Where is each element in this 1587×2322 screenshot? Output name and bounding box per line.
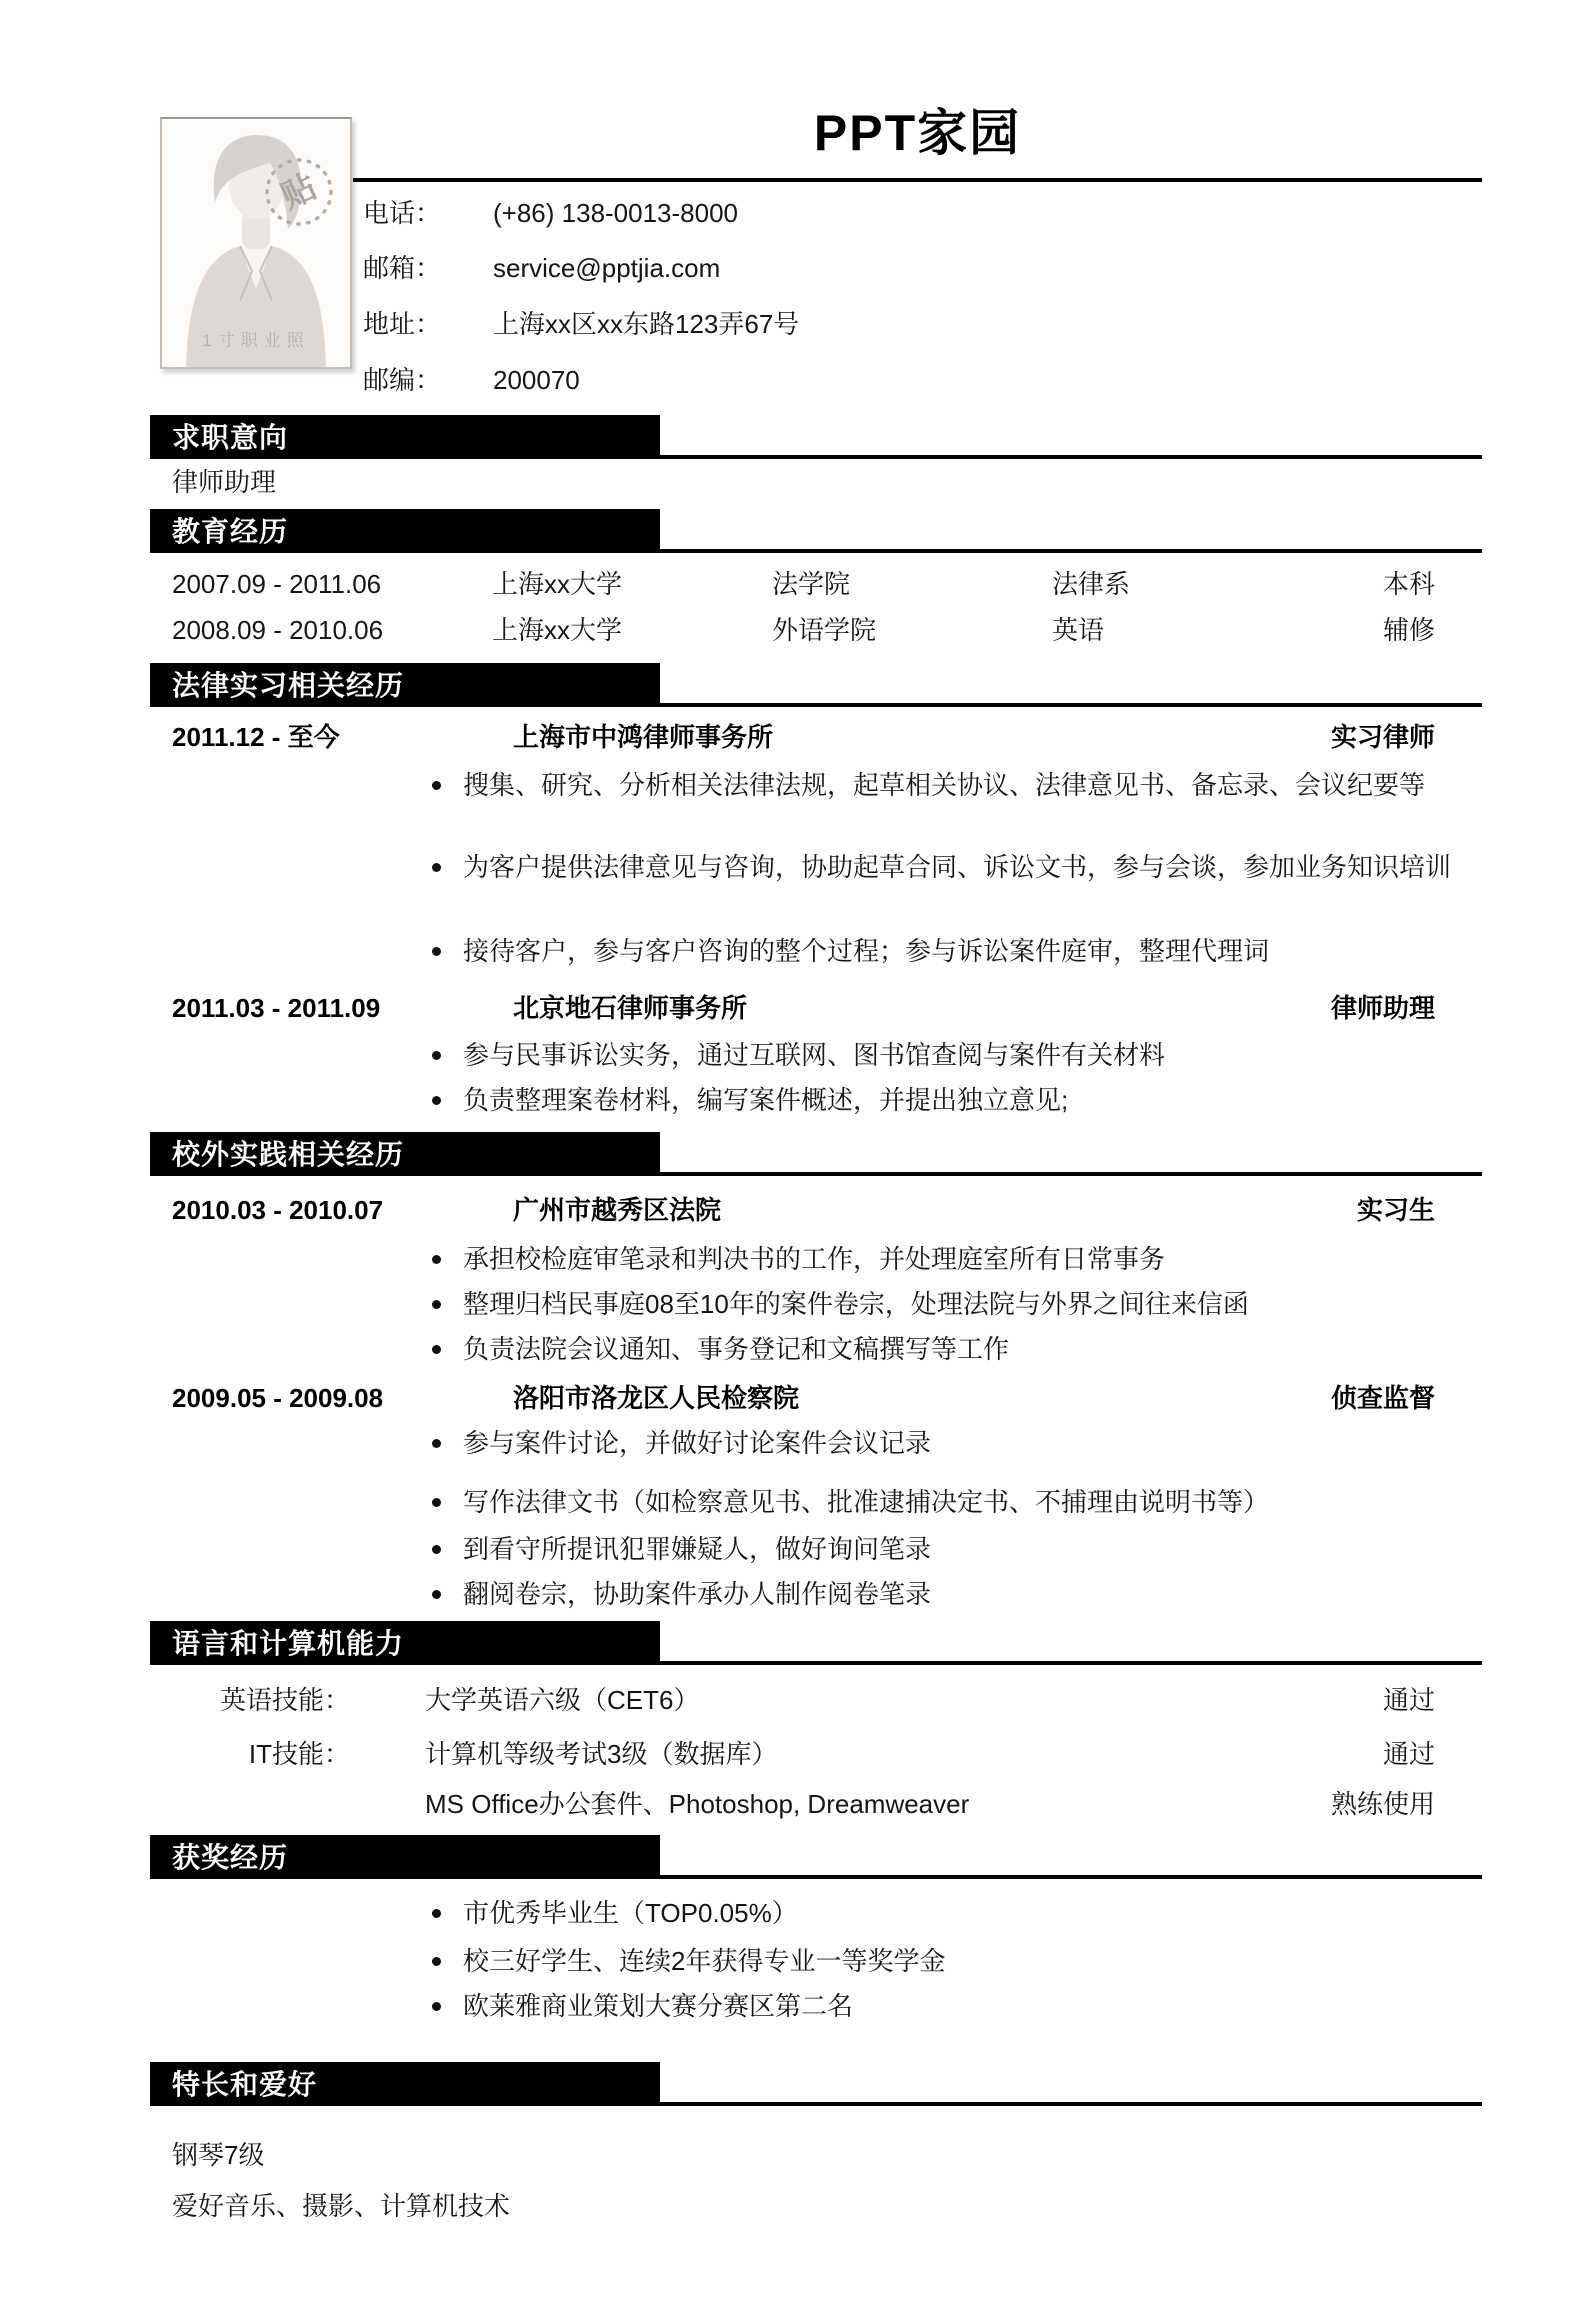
job-period: 2010.03 - 2010.07 xyxy=(172,1193,383,1227)
section-rule xyxy=(150,1661,1482,1665)
bullet-text: 为客户提供法律意见与咨询，协助起草合同、诉讼文书，参与会谈，参加业务知识培训 xyxy=(463,852,1451,882)
edu-period: 2007.09 - 2011.06 xyxy=(172,567,381,601)
job-org: 洛阳市洛龙区人民检察院 xyxy=(513,1381,799,1415)
section-header-skills: 语言和计算机能力 xyxy=(150,1621,660,1665)
job-org: 广州市越秀区法院 xyxy=(513,1193,721,1227)
skill-status: 熟练使用 xyxy=(1331,1787,1435,1821)
section-rule xyxy=(150,1172,1482,1176)
section-header-education: 教育经历 xyxy=(150,509,660,553)
job-org: 北京地石律师事务所 xyxy=(513,991,747,1025)
bullet-dot xyxy=(432,1909,441,1918)
job-role: 实习律师 xyxy=(1331,720,1435,754)
bullet-text: 欧莱雅商业策划大赛分赛区第二名 xyxy=(463,1991,853,2021)
bullet-item: 承担校检庭审笔录和判决书的工作，并处理庭室所有日常事务 xyxy=(463,1242,1473,1276)
bullet-text: 参与案件讨论，并做好讨论案件会议记录 xyxy=(463,1428,931,1458)
edu-major: 法律系 xyxy=(1052,567,1130,601)
job-role: 侦查监督 xyxy=(1331,1381,1435,1415)
job-role: 律师助理 xyxy=(1331,991,1435,1025)
edu-degree: 本科 xyxy=(1383,567,1435,601)
bullet-item: 负责整理案卷材料，编写案件概述，并提出独立意见; xyxy=(463,1083,1473,1117)
skill-status: 通过 xyxy=(1383,1683,1435,1717)
bullet-item: 整理归档民事庭08至10年的案件卷宗，处理法院与外界之间往来信函 xyxy=(463,1287,1473,1321)
bullet-text: 写作法律文书（如检察意见书、批准逮捕决定书、不捕理由说明书等） xyxy=(463,1487,1269,1517)
bullet-dot xyxy=(432,1498,441,1507)
bullet-item: 负责法院会议通知、事务登记和文稿撰写等工作 xyxy=(463,1332,1473,1366)
bullet-dot xyxy=(432,1545,441,1554)
skill-label: IT技能： xyxy=(172,1737,350,1771)
photo-caption: 1寸职业照 xyxy=(160,326,352,351)
section-header-practice-experience: 校外实践相关经历 xyxy=(150,1132,660,1176)
edu-school: 上海xx大学 xyxy=(492,613,622,647)
edu-school: 上海xx大学 xyxy=(492,567,622,601)
bullet-item: 翻阅卷宗，协助案件承办人制作阅卷笔录 xyxy=(463,1577,1473,1611)
hobby-line: 钢琴7级 xyxy=(172,2138,264,2172)
contact-value-email: service@pptjia.com xyxy=(493,251,720,285)
bullet-dot xyxy=(432,2002,441,2011)
job-period: 2011.03 - 2011.09 xyxy=(172,991,380,1025)
job-org: 上海市中鸿律师事务所 xyxy=(513,720,773,754)
bullet-dot xyxy=(432,1051,441,1060)
resume-page: 贴 1寸职业照 PPT家园 电话： (+86) 138-0013-8000 邮箱… xyxy=(0,0,1587,2322)
job-role: 实习生 xyxy=(1357,1193,1435,1227)
objective-text: 律师助理 xyxy=(172,465,276,499)
bullet-text: 整理归档民事庭08至10年的案件卷宗，处理法院与外界之间往来信函 xyxy=(463,1289,1249,1319)
edu-college: 外语学院 xyxy=(772,613,876,647)
hobby-line: 爱好音乐、摄影、计算机技术 xyxy=(172,2189,510,2223)
bullet-text: 到看守所提讯犯罪嫌疑人，做好询问笔录 xyxy=(463,1534,931,1564)
bullet-dot xyxy=(432,781,441,790)
edu-college: 法学院 xyxy=(772,567,850,601)
bullet-item: 搜集、研究、分析相关法律法规，起草相关协议、法律意见书、备忘录、会议纪要等 xyxy=(463,768,1473,802)
job-period: 2009.05 - 2009.08 xyxy=(172,1381,383,1415)
bullet-dot xyxy=(432,1300,441,1309)
section-rule xyxy=(150,2102,1482,2106)
skill-label: 英语技能： xyxy=(172,1683,350,1717)
bullet-item: 欧莱雅商业策划大赛分赛区第二名 xyxy=(463,1989,1473,2023)
contact-label: 电话： xyxy=(363,196,441,230)
bullet-text: 市优秀毕业生（TOP0.05%） xyxy=(463,1898,798,1928)
bullet-text: 翻阅卷宗，协助案件承办人制作阅卷笔录 xyxy=(463,1579,931,1609)
section-header-objective: 求职意向 xyxy=(150,415,660,459)
bullet-item: 到看守所提讯犯罪嫌疑人，做好询问笔录 xyxy=(463,1532,1473,1566)
edu-degree: 辅修 xyxy=(1383,613,1435,647)
bullet-dot xyxy=(432,1096,441,1105)
bullet-text: 承担校检庭审笔录和判决书的工作，并处理庭室所有日常事务 xyxy=(463,1244,1165,1274)
edu-period: 2008.09 - 2010.06 xyxy=(172,613,383,647)
bullet-dot xyxy=(432,947,441,956)
skill-value: 计算机等级考试3级（数据库） xyxy=(425,1737,777,1771)
bullet-item: 参与案件讨论，并做好讨论案件会议记录 xyxy=(463,1426,1473,1460)
section-header-law-experience: 法律实习相关经历 xyxy=(150,663,660,707)
bullet-text: 搜集、研究、分析相关法律法规，起草相关协议、法律意见书、备忘录、会议纪要等 xyxy=(463,770,1425,800)
title-underline xyxy=(353,178,1482,182)
section-rule xyxy=(150,703,1482,707)
section-header-awards: 获奖经历 xyxy=(150,1835,660,1879)
contact-value-phone: (+86) 138-0013-8000 xyxy=(493,196,738,230)
edu-major: 英语 xyxy=(1052,613,1104,647)
section-rule xyxy=(150,1875,1482,1879)
contact-label: 邮编： xyxy=(363,363,441,397)
bullet-item: 接待客户，参与客户咨询的整个过程；参与诉讼案件庭审，整理代理词 xyxy=(463,934,1473,968)
bullet-dot xyxy=(432,1957,441,1966)
skill-value: 大学英语六级（CET6） xyxy=(425,1683,699,1717)
skill-status: 通过 xyxy=(1383,1737,1435,1771)
bullet-text: 接待客户，参与客户咨询的整个过程；参与诉讼案件庭审，整理代理词 xyxy=(463,936,1269,966)
bullet-item: 参与民事诉讼实务，通过互联网、图书馆查阅与案件有关材料 xyxy=(463,1038,1473,1072)
bullet-text: 参与民事诉讼实务，通过互联网、图书馆查阅与案件有关材料 xyxy=(463,1040,1165,1070)
section-rule xyxy=(150,549,1482,553)
bullet-item: 写作法律文书（如检察意见书、批准逮捕决定书、不捕理由说明书等） xyxy=(463,1485,1473,1519)
bullet-dot xyxy=(432,1439,441,1448)
section-header-hobbies: 特长和爱好 xyxy=(150,2062,660,2106)
bullet-text: 负责法院会议通知、事务登记和文稿撰写等工作 xyxy=(463,1334,1009,1364)
bullet-item: 为客户提供法律意见与咨询，协助起草合同、诉讼文书，参与会谈，参加业务知识培训 xyxy=(463,850,1473,884)
resume-title: PPT家园 xyxy=(353,104,1482,162)
bullet-dot xyxy=(432,1255,441,1264)
contact-value-zipcode: 200070 xyxy=(493,363,580,397)
section-rule xyxy=(150,455,1482,459)
bullet-dot xyxy=(432,863,441,872)
bullet-item: 校三好学生、连续2年获得专业一等奖学金 xyxy=(463,1944,1473,1978)
bullet-text: 负责整理案卷材料，编写案件概述，并提出独立意见; xyxy=(463,1085,1068,1115)
contact-label: 邮箱： xyxy=(363,251,441,285)
job-period: 2011.12 - 至今 xyxy=(172,720,340,754)
contact-value-address: 上海xx区xx东路123弄67号 xyxy=(493,307,799,341)
skill-value: MS Office办公套件、Photoshop, Dreamweaver xyxy=(425,1787,969,1821)
contact-label: 地址： xyxy=(363,307,441,341)
bullet-text: 校三好学生、连续2年获得专业一等奖学金 xyxy=(463,1946,945,1976)
bullet-dot xyxy=(432,1345,441,1354)
bullet-dot xyxy=(432,1590,441,1599)
bullet-item: 市优秀毕业生（TOP0.05%） xyxy=(463,1896,1473,1930)
